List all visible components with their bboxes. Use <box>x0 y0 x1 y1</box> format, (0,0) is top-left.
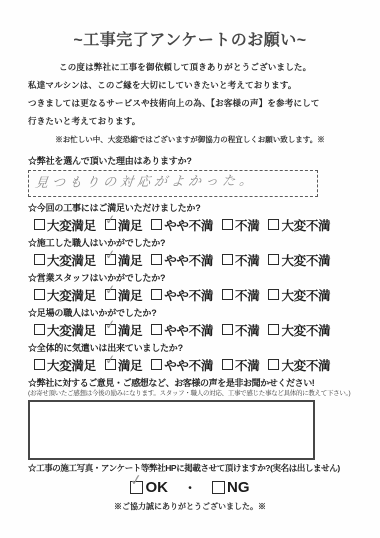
rating-option[interactable]: 大変満足 <box>34 321 96 339</box>
rating-option-label: 大変満足 <box>47 321 96 339</box>
checkbox-icon[interactable] <box>222 219 233 230</box>
checkbox-icon[interactable] <box>222 324 233 335</box>
intro-line: この度は弊社に工事を御依頼して頂きありがとうございました。 <box>28 63 352 72</box>
survey-question: ☆施工した職人はいかがでしたか?大変満足✓満足やや不満不満大変不満 <box>28 237 352 268</box>
rating-options-row: 大変満足✓満足やや不満不満大変不満 <box>34 321 352 338</box>
feedback-note: (お寄せ頂いたご感想は今後の励みになります。スタッフ・職人の対応、工事で感じた事… <box>28 390 352 398</box>
checkbox-icon[interactable] <box>151 254 162 265</box>
survey-question: ☆足場の職人はいかがでしたか?大変満足✓満足やや不満不満大変不満 <box>28 307 352 338</box>
rating-option-label: 不満 <box>235 286 259 304</box>
publish-option-ok[interactable]: ✓ OK <box>130 479 168 496</box>
checkbox-icon[interactable] <box>151 359 162 370</box>
rating-option[interactable]: 不満 <box>222 216 259 234</box>
rating-option-label: 満足 <box>118 321 142 339</box>
rating-option-label: 満足 <box>118 216 142 234</box>
reason-answer-box[interactable]: 見つもりの対応がよかった。 <box>28 170 318 197</box>
checkbox-icon[interactable]: ✓ <box>105 359 116 370</box>
ng-checkbox-icon[interactable] <box>212 481 225 494</box>
rating-option-label: やや不満 <box>164 321 213 339</box>
rating-option[interactable]: 不満 <box>222 251 259 269</box>
rating-option-label: 不満 <box>235 321 259 339</box>
rating-option[interactable]: 大変不満 <box>268 251 330 269</box>
checkbox-icon[interactable] <box>34 289 45 300</box>
rating-option-label: 大変満足 <box>47 251 96 269</box>
option-separator-dot: ・ <box>184 479 196 496</box>
survey-question: ☆営業スタッフはいかがでしたか?大変満足✓満足やや不満不満大変不満 <box>28 272 352 303</box>
check-mark-icon: ✓ <box>104 317 116 331</box>
publish-question-label: ☆工事の施工写真・アンケート等弊社HPに掲載させて頂けますか?(実名は出しません… <box>28 463 352 474</box>
checkbox-icon[interactable]: ✓ <box>105 219 116 230</box>
check-mark-icon: ✓ <box>130 473 144 488</box>
rating-option-label: 大変満足 <box>47 286 96 304</box>
intro-line: 行きたいと考えております。 <box>28 117 352 126</box>
rating-option-label: 大変不満 <box>281 321 330 339</box>
rating-option[interactable]: ✓満足 <box>105 356 142 374</box>
rating-option-label: 満足 <box>118 286 142 304</box>
rating-option-label: 満足 <box>118 356 142 374</box>
checkbox-icon[interactable]: ✓ <box>105 324 116 335</box>
question-label: ☆全体的に気遣いは出来ていましたか? <box>28 342 352 354</box>
rating-option-label: やや不満 <box>164 356 213 374</box>
checkbox-icon[interactable]: ✓ <box>105 289 116 300</box>
check-mark-icon: ✓ <box>104 282 116 296</box>
checkbox-icon[interactable] <box>222 289 233 300</box>
check-mark-icon: ✓ <box>104 352 116 366</box>
rating-option[interactable]: 大変満足 <box>34 216 96 234</box>
rating-option-label: 不満 <box>235 356 259 374</box>
rating-option-label: やや不満 <box>164 216 213 234</box>
checkbox-icon[interactable] <box>268 219 279 230</box>
question-label: ☆営業スタッフはいかがでしたか? <box>28 272 352 284</box>
rating-options-row: 大変満足✓満足やや不満不満大変不満 <box>34 216 352 233</box>
rating-option-label: 大変満足 <box>47 356 96 374</box>
checkbox-icon[interactable] <box>34 219 45 230</box>
checkbox-icon[interactable] <box>268 324 279 335</box>
question-label: ☆今回の工事にはご満足いただけましたか? <box>28 202 352 214</box>
rating-option[interactable]: やや不満 <box>151 216 213 234</box>
courtesy-note: ※お忙しい中、大変恐縮ではございますが御協力の程宜しくお願い致します。※ <box>28 135 352 144</box>
feedback-label: ☆弊社に対するご意見・ご感想など、お客様の声を是非お聞かせください! <box>28 377 352 389</box>
rating-option[interactable]: 大変不満 <box>268 216 330 234</box>
page-title: ~工事完了アンケートのお願い~ <box>28 30 352 52</box>
checkbox-icon[interactable] <box>151 324 162 335</box>
rating-options-row: 大変満足✓満足やや不満不満大変不満 <box>34 251 352 268</box>
check-mark-icon: ✓ <box>104 212 116 226</box>
checkbox-icon[interactable] <box>268 359 279 370</box>
rating-option-label: 大変不満 <box>281 286 330 304</box>
rating-option[interactable]: ✓満足 <box>105 251 142 269</box>
reason-question-label: ☆弊社を選んで頂いた理由はありますか? <box>28 155 352 167</box>
rating-option[interactable]: ✓満足 <box>105 216 142 234</box>
rating-options-row: 大変満足✓満足やや不満不満大変不満 <box>34 356 352 373</box>
survey-document: ~工事完了アンケートのお願い~ この度は弊社に工事を御依頼して頂きありがとうござ… <box>0 0 380 538</box>
survey-question: ☆全体的に気遣いは出来ていましたか?大変満足✓満足やや不満不満大変不満 <box>28 342 352 373</box>
rating-option[interactable]: ✓満足 <box>105 321 142 339</box>
publish-option-ng[interactable]: NG <box>212 479 250 496</box>
ok-checkbox-icon[interactable]: ✓ <box>130 481 143 494</box>
intro-paragraph: この度は弊社に工事を御依頼して頂きありがとうございました。 私達マルシンは、この… <box>28 63 352 126</box>
rating-option-label: 満足 <box>118 251 142 269</box>
rating-option[interactable]: 大変満足 <box>34 356 96 374</box>
rating-option[interactable]: やや不満 <box>151 286 213 304</box>
rating-option[interactable]: 大変満足 <box>34 286 96 304</box>
intro-line: つきましては更なるサービスや技術向上の為、【お客様の声】を参考にして <box>28 99 352 108</box>
survey-question: ☆今回の工事にはご満足いただけましたか?大変満足✓満足やや不満不満大変不満 <box>28 202 352 233</box>
rating-option-label: 大変不満 <box>281 216 330 234</box>
rating-option-label: 大変不満 <box>281 356 330 374</box>
checkbox-icon[interactable] <box>222 359 233 370</box>
handwritten-answer: 見つもりの対応がよかった。 <box>34 170 312 193</box>
rating-options-row: 大変満足✓満足やや不満不満大変不満 <box>34 286 352 303</box>
checkbox-icon[interactable] <box>34 254 45 265</box>
rating-option-label: 不満 <box>235 251 259 269</box>
rating-option[interactable]: やや不満 <box>151 251 213 269</box>
checkbox-icon[interactable] <box>151 219 162 230</box>
rating-option[interactable]: 不満 <box>222 286 259 304</box>
rating-option[interactable]: 不満 <box>222 321 259 339</box>
closing-note: ※ご協力誠にありがとうございました。※ <box>28 502 352 512</box>
publish-options-row: ✓ OK ・ NG <box>28 477 352 497</box>
checkbox-icon[interactable] <box>268 254 279 265</box>
feedback-textbox[interactable] <box>28 400 315 460</box>
ng-label: NG <box>227 479 250 496</box>
rating-option[interactable]: やや不満 <box>151 356 213 374</box>
questions-section: ☆今回の工事にはご満足いただけましたか?大変満足✓満足やや不満不満大変不満☆施工… <box>28 202 352 373</box>
rating-option[interactable]: やや不満 <box>151 321 213 339</box>
checkbox-icon[interactable] <box>222 254 233 265</box>
rating-option[interactable]: 不満 <box>222 356 259 374</box>
check-mark-icon: ✓ <box>104 247 116 261</box>
rating-option-label: 大変不満 <box>281 251 330 269</box>
rating-option[interactable]: 大変不満 <box>268 321 330 339</box>
rating-option-label: やや不満 <box>164 251 213 269</box>
question-label: ☆足場の職人はいかがでしたか? <box>28 307 352 319</box>
checkbox-icon[interactable] <box>34 359 45 370</box>
question-label: ☆施工した職人はいかがでしたか? <box>28 237 352 249</box>
rating-option[interactable]: 大変満足 <box>34 251 96 269</box>
checkbox-icon[interactable] <box>151 289 162 300</box>
rating-option[interactable]: 大変不満 <box>268 356 330 374</box>
ok-label: OK <box>145 479 168 496</box>
rating-option-label: 大変満足 <box>47 216 96 234</box>
rating-option[interactable]: 大変不満 <box>268 286 330 304</box>
rating-option-label: やや不満 <box>164 286 213 304</box>
checkbox-icon[interactable] <box>34 324 45 335</box>
checkbox-icon[interactable] <box>268 289 279 300</box>
rating-option[interactable]: ✓満足 <box>105 286 142 304</box>
rating-option-label: 不満 <box>235 216 259 234</box>
intro-line: 私達マルシンは、このご縁を大切にしていきたいと考えております。 <box>28 81 352 90</box>
checkbox-icon[interactable]: ✓ <box>105 254 116 265</box>
